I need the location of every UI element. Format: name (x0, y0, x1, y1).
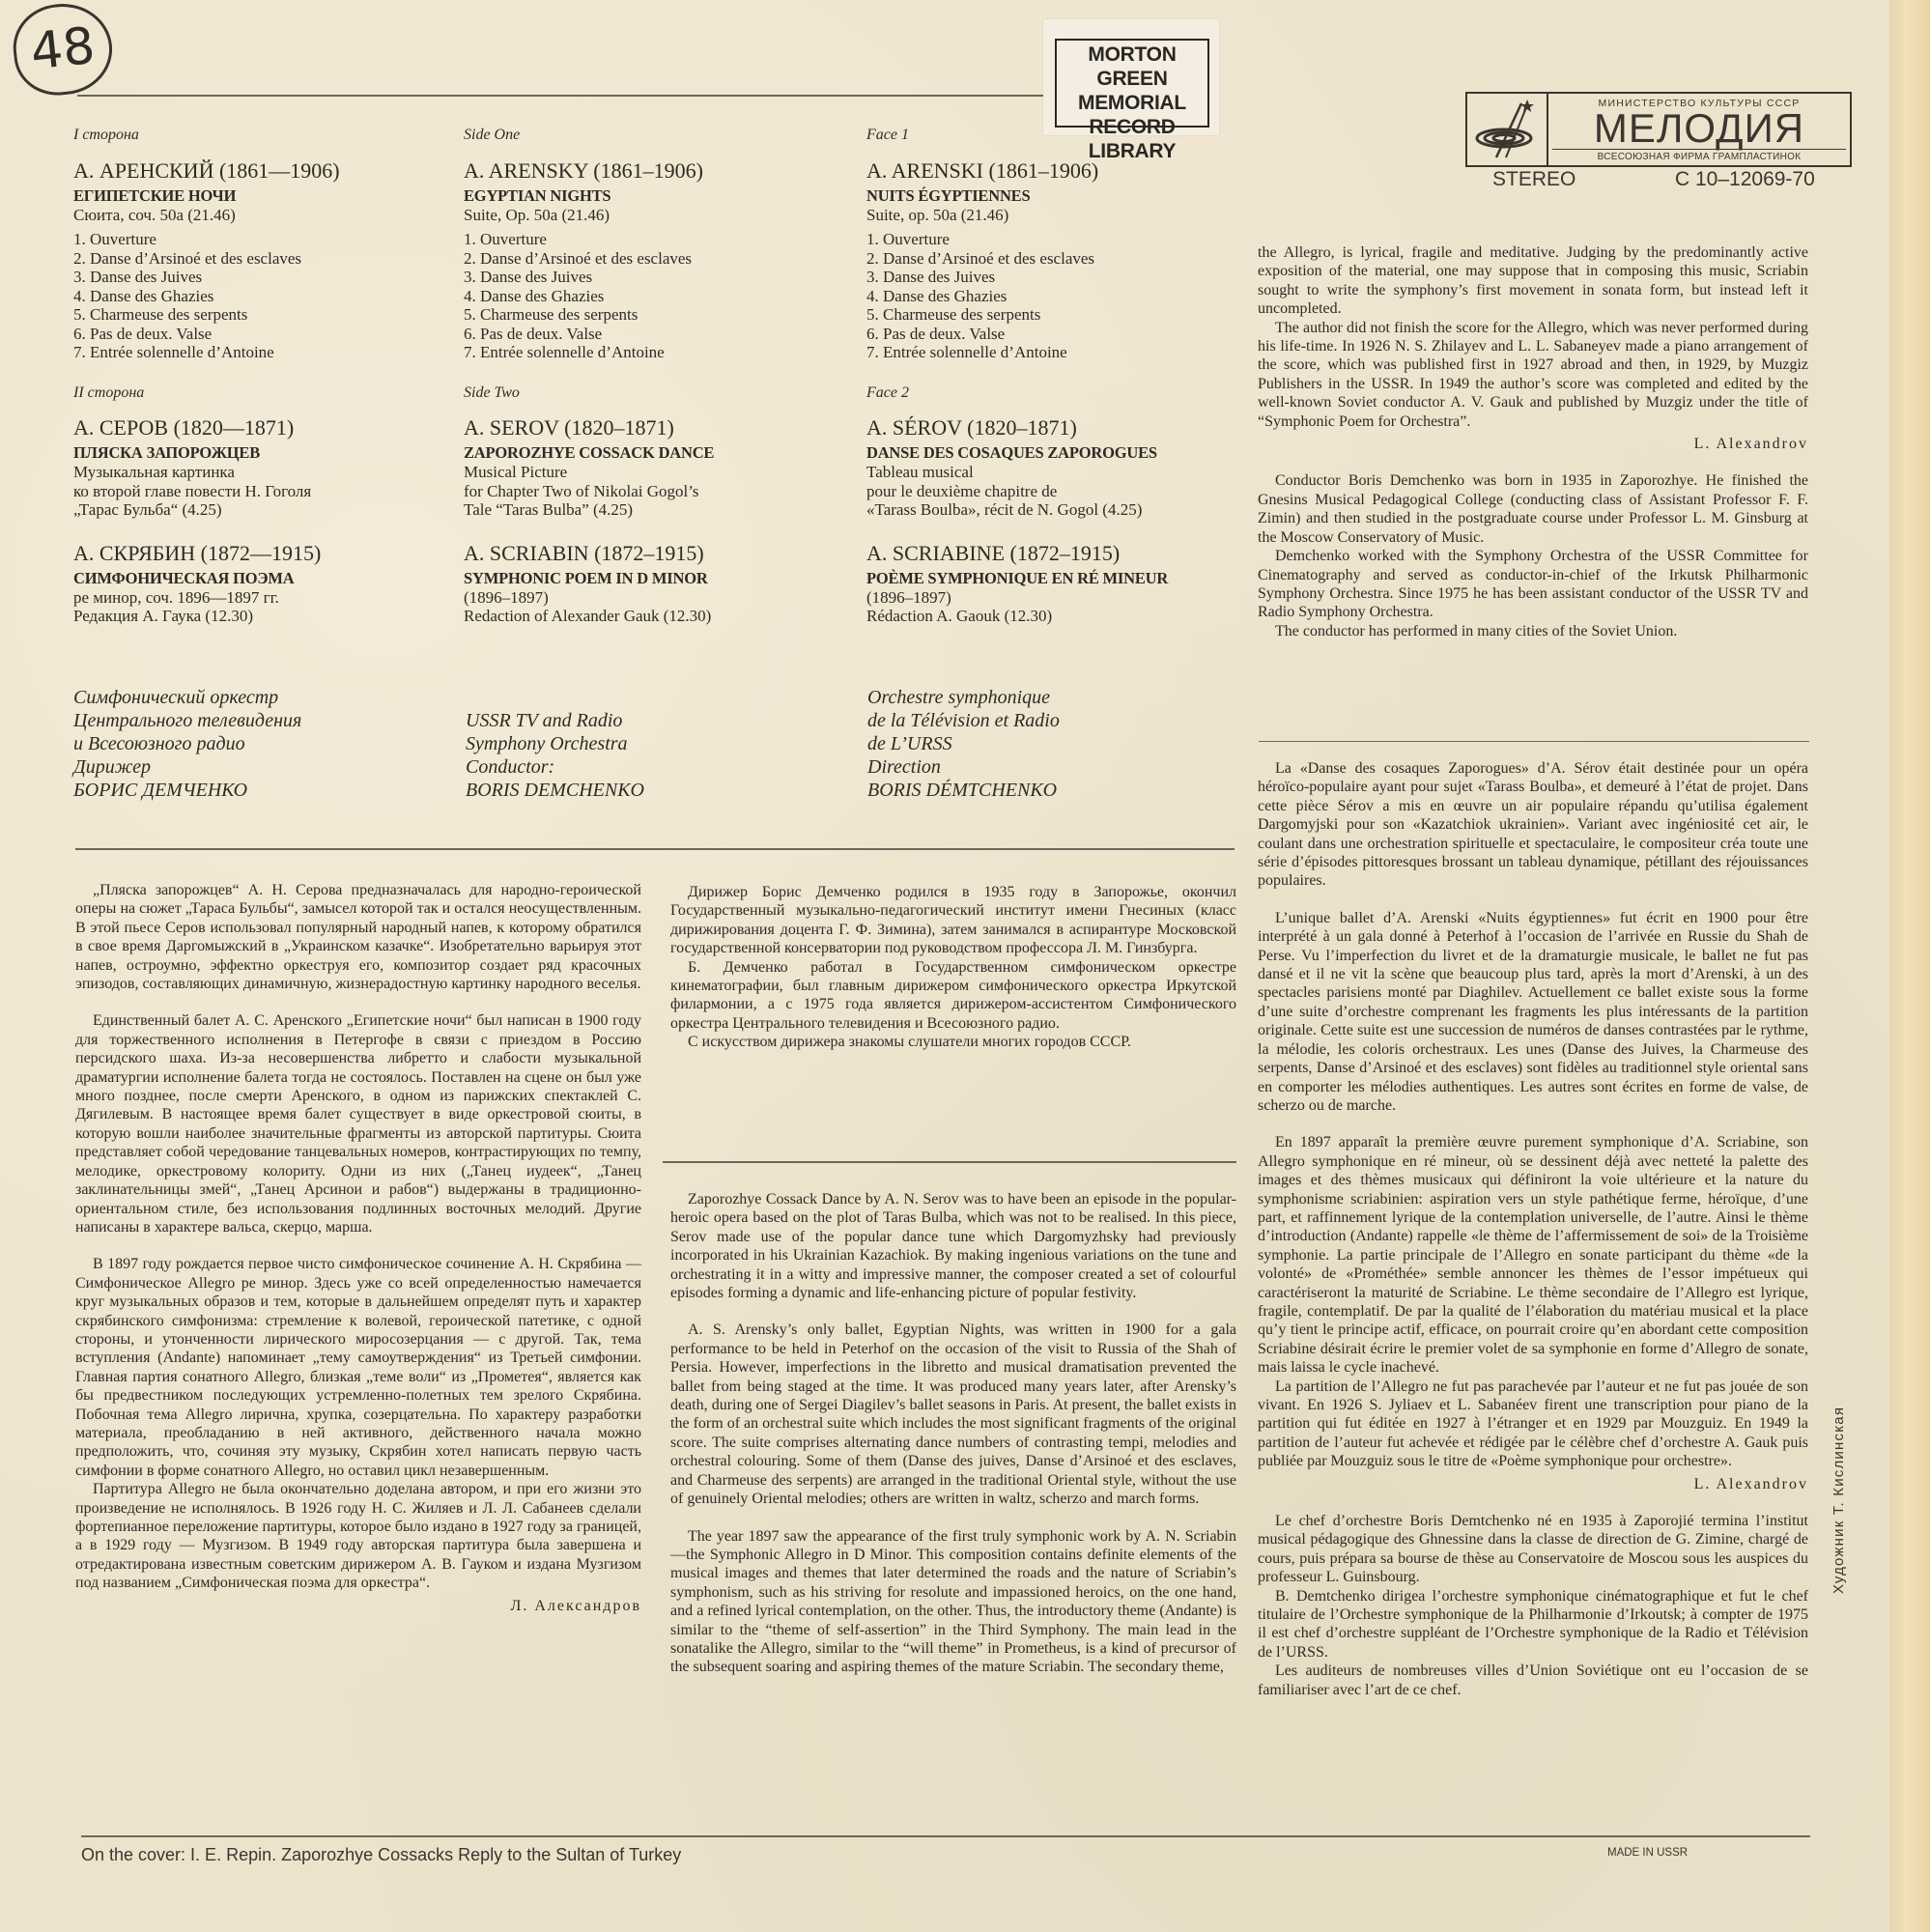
track: 6. Pas de deux. Valse (464, 325, 850, 344)
credit-line: Центрального телевидения (73, 709, 301, 732)
paragraph: Zaporozhye Cossack Dance by A. N. Serov … (670, 1190, 1236, 1302)
work-subtitle: for Chapter Two of Nikolai Gogol’s (464, 482, 850, 501)
work-subtitle: Tale “Taras Bulba” (4.25) (464, 500, 850, 520)
side-label: Side One (464, 126, 850, 145)
track: 1. Ouverture (866, 230, 1272, 249)
paragraph: В 1897 году рождается первое чисто симфо… (75, 1255, 641, 1480)
melodiya-logo: МИНИСТЕРСТВО КУЛЬТУРЫ СССР МЕЛОДИЯ ВСЕСО… (1465, 92, 1852, 167)
credit-line: de la Télévision et Radio (867, 709, 1060, 732)
sticker-line: MEMORIAL (1057, 91, 1207, 115)
track: 1. Ouverture (73, 230, 460, 249)
composer: A. ARENSKY (1861–1906) (464, 158, 850, 184)
credit-line: Дирижер (73, 755, 301, 779)
work-subtitle: Rédaction A. Gaouk (12.30) (866, 607, 1272, 626)
composer: A. SCRIABIN (1872–1915) (464, 541, 850, 566)
bottom-rule (81, 1835, 1810, 1837)
notes-russian-conductor: Дирижер Борис Демченко родился в 1935 го… (670, 883, 1236, 1052)
track: 3. Danse des Juives (464, 268, 850, 287)
record-label-emblem-icon (1467, 94, 1548, 165)
track-list: 1. Ouverture 2. Danse d’Arsinoé et des e… (464, 230, 850, 362)
composer: A. SEROV (1820–1871) (464, 415, 850, 440)
side-label: II сторона (73, 384, 460, 403)
track: 2. Danse d’Arsinoé et des esclaves (464, 249, 850, 269)
work-title: DANSE DES COSAQUES ZAPOROGUES (866, 442, 1272, 463)
credit-line: Orchestre symphonique (867, 686, 1060, 709)
track: 7. Entrée solennelle d’Antoine (866, 343, 1272, 362)
work-title: СИМФОНИЧЕСКАЯ ПОЭМА (73, 568, 460, 588)
notes-french: La «Danse des cosaques Zaporogues» d’A. … (1258, 759, 1808, 1699)
track: 6. Pas de deux. Valse (866, 325, 1272, 344)
composer: А. АРЕНСКИЙ (1861—1906) (73, 158, 460, 184)
brand-name: МЕЛОДИЯ (1548, 109, 1850, 148)
track: 2. Danse d’Arsinoé et des esclaves (866, 249, 1272, 269)
notes-english: Zaporozhye Cossack Dance by A. N. Serov … (670, 1190, 1236, 1677)
handwritten-number: 48 (9, 0, 116, 99)
side-label: Side Two (464, 384, 850, 403)
credit-line: Direction (867, 755, 1060, 779)
paragraph: L’unique ballet d’A. Arenski «Nuits égyp… (1258, 909, 1808, 1115)
track: 7. Entrée solennelle d’Antoine (464, 343, 850, 362)
work-subtitle: Музыкальная картинка (73, 463, 460, 482)
side-label: Face 1 (866, 126, 1272, 145)
cover-credit: On the cover: I. E. Repin. Zaporozhye Co… (81, 1845, 681, 1865)
paragraph: En 1897 apparaît la première œuvre purem… (1258, 1133, 1808, 1377)
credit-line: de L’URSS (867, 732, 1060, 755)
paragraph: Дирижер Борис Демченко родился в 1935 го… (670, 883, 1236, 958)
paragraph: Les auditeurs de nombreuses villes d’Uni… (1258, 1662, 1808, 1699)
credit-line: Symphony Orchestra (466, 732, 644, 755)
track: 2. Danse d’Arsinoé et des esclaves (73, 249, 460, 269)
work-subtitle: Suite, Op. 50a (21.46) (464, 206, 850, 225)
track: 1. Ouverture (464, 230, 850, 249)
work-title: ЕГИПЕТСКИЕ НОЧИ (73, 185, 460, 206)
work-subtitle: (1896–1897) (866, 588, 1272, 608)
work-title: ПЛЯСКА ЗАПОРОЖЦЕВ (73, 442, 460, 463)
tracklist-english: Side One A. ARENSKY (1861–1906) EGYPTIAN… (464, 126, 850, 626)
track: 5. Charmeuse des serpents (73, 305, 460, 325)
orchestra-credit-english: USSR TV and Radio Symphony Orchestra Con… (466, 709, 644, 802)
notes-english-cont: the Allegro, is lyrical, fragile and med… (1258, 243, 1808, 640)
track: 3. Danse des Juives (866, 268, 1272, 287)
work-subtitle: „Тарас Бульба“ (4.25) (73, 500, 460, 520)
composer: A. SCRIABINE (1872–1915) (866, 541, 1272, 566)
credit-line: и Всесоюзного радио (73, 732, 301, 755)
work-title: SYMPHONIC POEM IN D MINOR (464, 568, 850, 588)
paragraph: the Allegro, is lyrical, fragile and med… (1258, 243, 1808, 319)
paragraph: Conductor Boris Demchenko was born in 19… (1258, 471, 1808, 547)
paragraph: La partition de l’Allegro ne fut pas par… (1258, 1378, 1808, 1471)
track: 7. Entrée solennelle d’Antoine (73, 343, 460, 362)
side-label: Face 2 (866, 384, 1272, 403)
work-subtitle: Редакция А. Гаука (12.30) (73, 607, 460, 626)
track-list: 1. Ouverture 2. Danse d’Arsinoé et des e… (73, 230, 460, 362)
work-title: POÈME SYMPHONIQUE EN RÉ MINEUR (866, 568, 1272, 588)
conductor-name: БОРИС ДЕМЧЕНКО (73, 779, 301, 802)
company-text: ВСЕСОЮЗНАЯ ФИРМА ГРАМПЛАСТИНОК (1552, 149, 1846, 162)
paragraph: Demchenko worked with the Symphony Orche… (1258, 547, 1808, 622)
orchestra-credit-french: Orchestre symphonique de la Télévision e… (867, 686, 1060, 802)
work-subtitle: Redaction of Alexander Gauk (12.30) (464, 607, 850, 626)
side-label: I сторона (73, 126, 460, 145)
work-subtitle: Tableau musical (866, 463, 1272, 482)
composer: A. ARENSKI (1861–1906) (866, 158, 1272, 184)
paragraph: The year 1897 saw the appearance of the … (670, 1527, 1236, 1677)
catalog-number: С 10–12069-70 (1675, 168, 1815, 191)
column-rule (1259, 741, 1809, 742)
author-signature: L. Alexandrov (1258, 435, 1808, 453)
author-signature: L. Alexandrov (1258, 1475, 1808, 1493)
work-title: ZAPOROZHYE COSSACK DANCE (464, 442, 850, 463)
artist-credit: Художник Т. Кислинская (1831, 1406, 1847, 1594)
composer: А. СЕРОВ (1820—1871) (73, 415, 460, 440)
work-title: EGYPTIAN NIGHTS (464, 185, 850, 206)
column-rule (663, 1161, 1236, 1163)
format-label: STEREO (1492, 168, 1575, 191)
tracklist-french: Face 1 A. ARENSKI (1861–1906) NUITS ÉGYP… (866, 126, 1272, 626)
made-in-label: MADE IN USSR (1607, 1847, 1688, 1859)
library-sticker: MORTON GREEN MEMORIAL RECORD LIBRARY (1043, 19, 1219, 135)
top-rule (77, 95, 1048, 97)
credit-line: Симфонический оркестр (73, 686, 301, 709)
work-subtitle: ко второй главе повести Н. Гоголя (73, 482, 460, 501)
paragraph: Партитура Allegro не была окончательно д… (75, 1480, 641, 1592)
sticker-line: MORTON GREEN (1057, 43, 1207, 91)
conductor-name: BORIS DÉMTCHENKO (867, 779, 1060, 802)
work-subtitle: Musical Picture (464, 463, 850, 482)
paragraph: Le chef d’orchestre Boris Demtchenko né … (1258, 1512, 1808, 1587)
paragraph: La «Danse des cosaques Zaporogues» d’A. … (1258, 759, 1808, 891)
work-title: NUITS ÉGYPTIENNES (866, 185, 1272, 206)
track: 3. Danse des Juives (73, 268, 460, 287)
paragraph: С искусством дирижера знакомы слушатели … (670, 1033, 1236, 1051)
track: 4. Danse des Ghazies (73, 287, 460, 306)
paragraph: The author did not finish the score for … (1258, 319, 1808, 431)
track: 6. Pas de deux. Valse (73, 325, 460, 344)
composer: А. СКРЯБИН (1872—1915) (73, 541, 460, 566)
credit-line: USSR TV and Radio (466, 709, 644, 732)
work-subtitle: Suite, op. 50a (21.46) (866, 206, 1272, 225)
track: 4. Danse des Ghazies (866, 287, 1272, 306)
paragraph: „Пляска запорожцев“ А. Н. Серова предназ… (75, 881, 641, 993)
paragraph: Б. Демченко работал в Государственном си… (670, 958, 1236, 1034)
paragraph: The conductor has performed in many citi… (1258, 622, 1808, 640)
author-signature: Л. Александров (75, 1597, 641, 1615)
conductor-name: BORIS DEMCHENKO (466, 779, 644, 802)
paragraph: Единственный балет А. С. Аренского „Егип… (75, 1011, 641, 1236)
paragraph: B. Demtchenko dirigea l’orchestre sympho… (1258, 1587, 1808, 1662)
work-subtitle: «Tarass Boulba», récit de N. Gogol (4.25… (866, 500, 1272, 520)
orchestra-credit-russian: Симфонический оркестр Центрального телев… (73, 686, 301, 802)
track-list: 1. Ouverture 2. Danse d’Arsinoé et des e… (866, 230, 1272, 362)
work-subtitle: ре минор, соч. 1896—1897 гг. (73, 588, 460, 608)
notes-russian: „Пляска запорожцев“ А. Н. Серова предназ… (75, 881, 641, 1615)
paragraph: A. S. Arensky’s only ballet, Egyptian Ni… (670, 1321, 1236, 1508)
tracklist-russian: I сторона А. АРЕНСКИЙ (1861—1906) ЕГИПЕТ… (73, 126, 460, 626)
credit-line: Conductor: (466, 755, 644, 779)
sleeve-edge (1889, 0, 1930, 1932)
track: 5. Charmeuse des serpents (464, 305, 850, 325)
track: 4. Danse des Ghazies (464, 287, 850, 306)
work-subtitle: pour le deuxième chapitre de (866, 482, 1272, 501)
composer: A. SÉROV (1820–1871) (866, 415, 1272, 440)
track: 5. Charmeuse des serpents (866, 305, 1272, 325)
work-subtitle: (1896–1897) (464, 588, 850, 608)
section-rule (75, 848, 1235, 850)
work-subtitle: Сюита, соч. 50а (21.46) (73, 206, 460, 225)
